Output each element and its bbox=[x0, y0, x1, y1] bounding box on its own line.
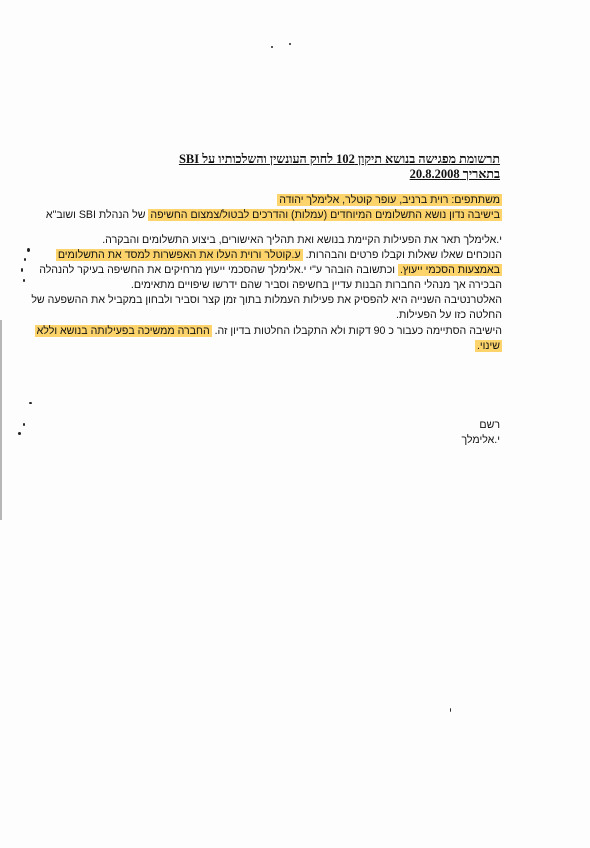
topic-line: בישיבה נדון נושא התשלומים המיוחדים (עמלו… bbox=[84, 208, 502, 223]
closing-line-1: הישיבה הסתיימה כעבור כ 90 דקות ולא התקבל… bbox=[84, 324, 502, 339]
signature-label: רשם bbox=[400, 418, 500, 433]
signature-name: י.אלימלך bbox=[400, 433, 500, 448]
closing-line-1-plain: הישיבה הסתיימה כעבור כ 90 דקות ולא התקבל… bbox=[212, 325, 502, 337]
scan-speck bbox=[18, 432, 21, 435]
scan-speck bbox=[23, 279, 25, 282]
signature-block: רשם י.אלימלך bbox=[400, 418, 500, 448]
document-title: תרשומת מפגישה בנושא תיקון 102 לחוק העונש… bbox=[180, 152, 500, 182]
highlight: משתתפים: רוית ברניב, עופר קוטלר, אלימלך … bbox=[277, 194, 502, 206]
highlight: ע.קוטלר ורוית העלו את האפשרות למסד את הת… bbox=[56, 249, 303, 261]
title-line-2: בתאריך 20.8.2008 bbox=[180, 167, 500, 182]
scan-edge-shadow bbox=[0, 320, 2, 520]
scan-speck bbox=[23, 423, 25, 426]
body-line-3-rest: וכתשובה הובהר ע"י י.אלימלך שהסכמי ייעוץ … bbox=[39, 264, 398, 276]
scan-speck bbox=[27, 248, 30, 252]
highlight: בישיבה נדון נושא התשלומים המיוחדים (עמלו… bbox=[148, 209, 502, 221]
highlight: באמצעות הסכמי ייעוץ. bbox=[398, 264, 502, 276]
scan-speck bbox=[24, 258, 26, 261]
scan-speck bbox=[450, 708, 451, 712]
body-line-4: הבכירה אך מנהלי החברות הבנות עדיין בחשיפ… bbox=[84, 278, 502, 293]
topic-line-rest: של הנהלת SBI ושוב"א bbox=[46, 209, 148, 221]
body-line-6: החלטה כזו על הפעילות. bbox=[84, 308, 502, 323]
scan-speck bbox=[289, 43, 291, 45]
scanned-page: תרשומת מפגישה בנושא תיקון 102 לחוק העונש… bbox=[0, 0, 590, 848]
body-line-1: י.אלימלך תאר את הפעילות הקיימת בנושא ואת… bbox=[84, 233, 502, 248]
body-line-2-plain: הנוכחים שאלו שאלות וקבלו פרטים והבהרות. bbox=[303, 249, 502, 261]
body-line-3: באמצעות הסכמי ייעוץ. וכתשובה הובהר ע"י י… bbox=[84, 263, 502, 278]
participants-line: משתתפים: רוית ברניב, עופר קוטלר, אלימלך … bbox=[84, 193, 502, 208]
highlight: החברה ממשיכה בפעילותה בנושא וללא bbox=[35, 325, 212, 337]
title-line-1: תרשומת מפגישה בנושא תיקון 102 לחוק העונש… bbox=[180, 152, 500, 167]
highlight: שינוי. bbox=[475, 340, 502, 352]
body-line-2: הנוכחים שאלו שאלות וקבלו פרטים והבהרות. … bbox=[84, 248, 502, 263]
closing-line-2: שינוי. bbox=[84, 339, 502, 354]
scan-speck bbox=[29, 402, 32, 404]
body-line-5: האלטרנטיבה השנייה היא להפסיק את פעילות ה… bbox=[84, 293, 502, 308]
closing-paragraph: הישיבה הסתיימה כעבור כ 90 דקות ולא התקבל… bbox=[84, 324, 502, 354]
discussion-paragraph: י.אלימלך תאר את הפעילות הקיימת בנושא ואת… bbox=[84, 233, 502, 323]
participants-section: משתתפים: רוית ברניב, עופר קוטלר, אלימלך … bbox=[84, 193, 502, 223]
scan-speck bbox=[21, 268, 23, 272]
scan-speck bbox=[271, 46, 273, 48]
